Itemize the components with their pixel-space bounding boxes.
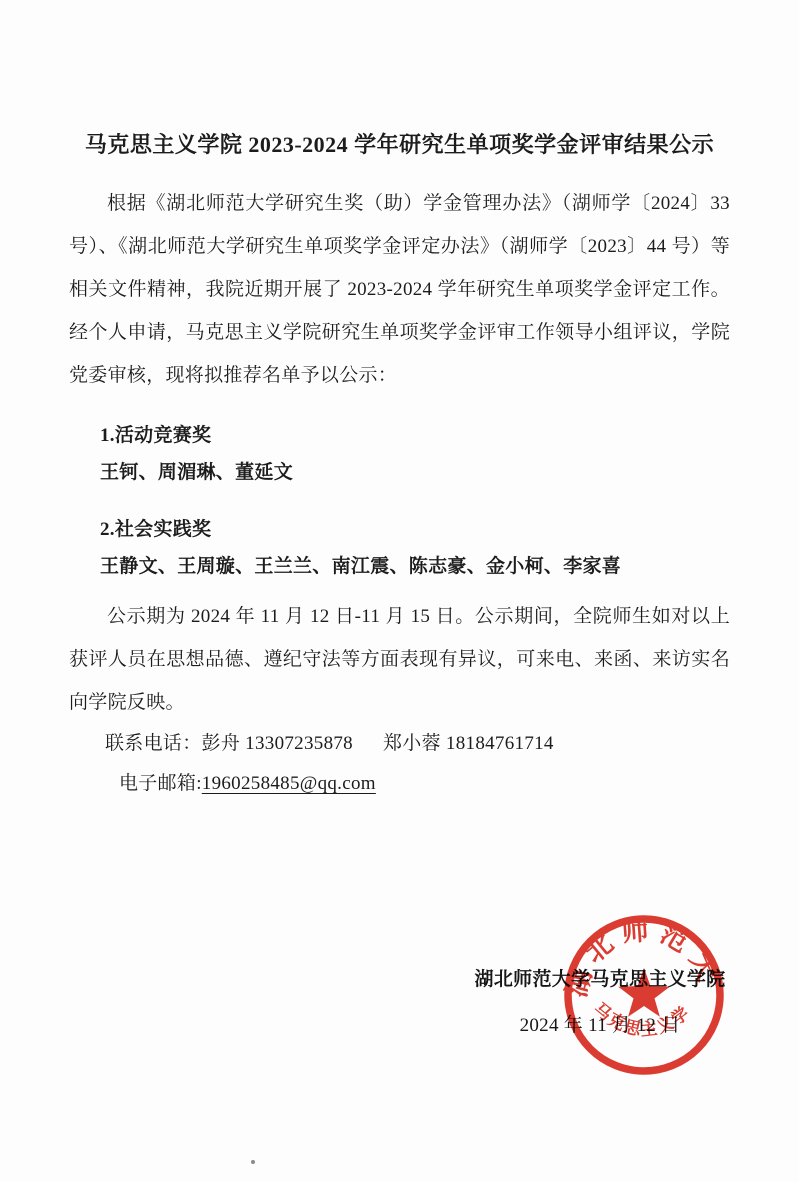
award-section-1: 1.活动竞赛奖 王钶、周湄琳、董延文 — [69, 417, 730, 491]
email-address: 1960258485@qq.com — [202, 773, 376, 794]
email-label: 电子邮箱: — [119, 773, 202, 794]
intro-paragraph: 根据《湖北师范大学研究生奖（助）学金管理办法》（湖师学〔2024〕33 号）、《… — [69, 182, 730, 397]
contact-person-2: 郑小蓉 18184761714 — [383, 733, 554, 754]
notice-paragraph: 公示期为 2024 年 11 月 12 日-11 月 15 日。公示期间，全院师… — [69, 595, 730, 724]
star-icon — [618, 968, 669, 1017]
document-title: 马克思主义学院 2023-2024 学年研究生单项奖学金评审结果公示 — [69, 128, 730, 162]
contact-person-1: 彭舟 13307235878 — [202, 733, 353, 754]
scanned-document-page: 马克思主义学院 2023-2024 学年研究生单项奖学金评审结果公示 根据《湖北… — [0, 0, 799, 1181]
section-1-names: 王钶、周湄琳、董延文 — [69, 454, 730, 491]
section-2-names: 王静文、王周璇、王兰兰、南江震、陈志豪、金小柯、李家喜 — [69, 548, 730, 585]
phone-label: 联系电话： — [105, 733, 202, 754]
section-2-heading: 2.社会实践奖 — [69, 511, 730, 548]
official-seal: 湖北师范大学 马克思主义学院 — [560, 911, 728, 1079]
section-1-heading: 1.活动竞赛奖 — [69, 417, 730, 454]
contact-phone-line: 联系电话：彭舟 13307235878郑小蓉 18184761714 — [69, 724, 730, 764]
contact-email-line: 电子邮箱:1960258485@qq.com — [69, 764, 730, 804]
award-section-2: 2.社会实践奖 王静文、王周璇、王兰兰、南江震、陈志豪、金小柯、李家喜 — [69, 511, 730, 585]
scan-artifact-dot — [251, 1160, 255, 1164]
document-body: 马克思主义学院 2023-2024 学年研究生单项奖学金评审结果公示 根据《湖北… — [0, 0, 799, 804]
